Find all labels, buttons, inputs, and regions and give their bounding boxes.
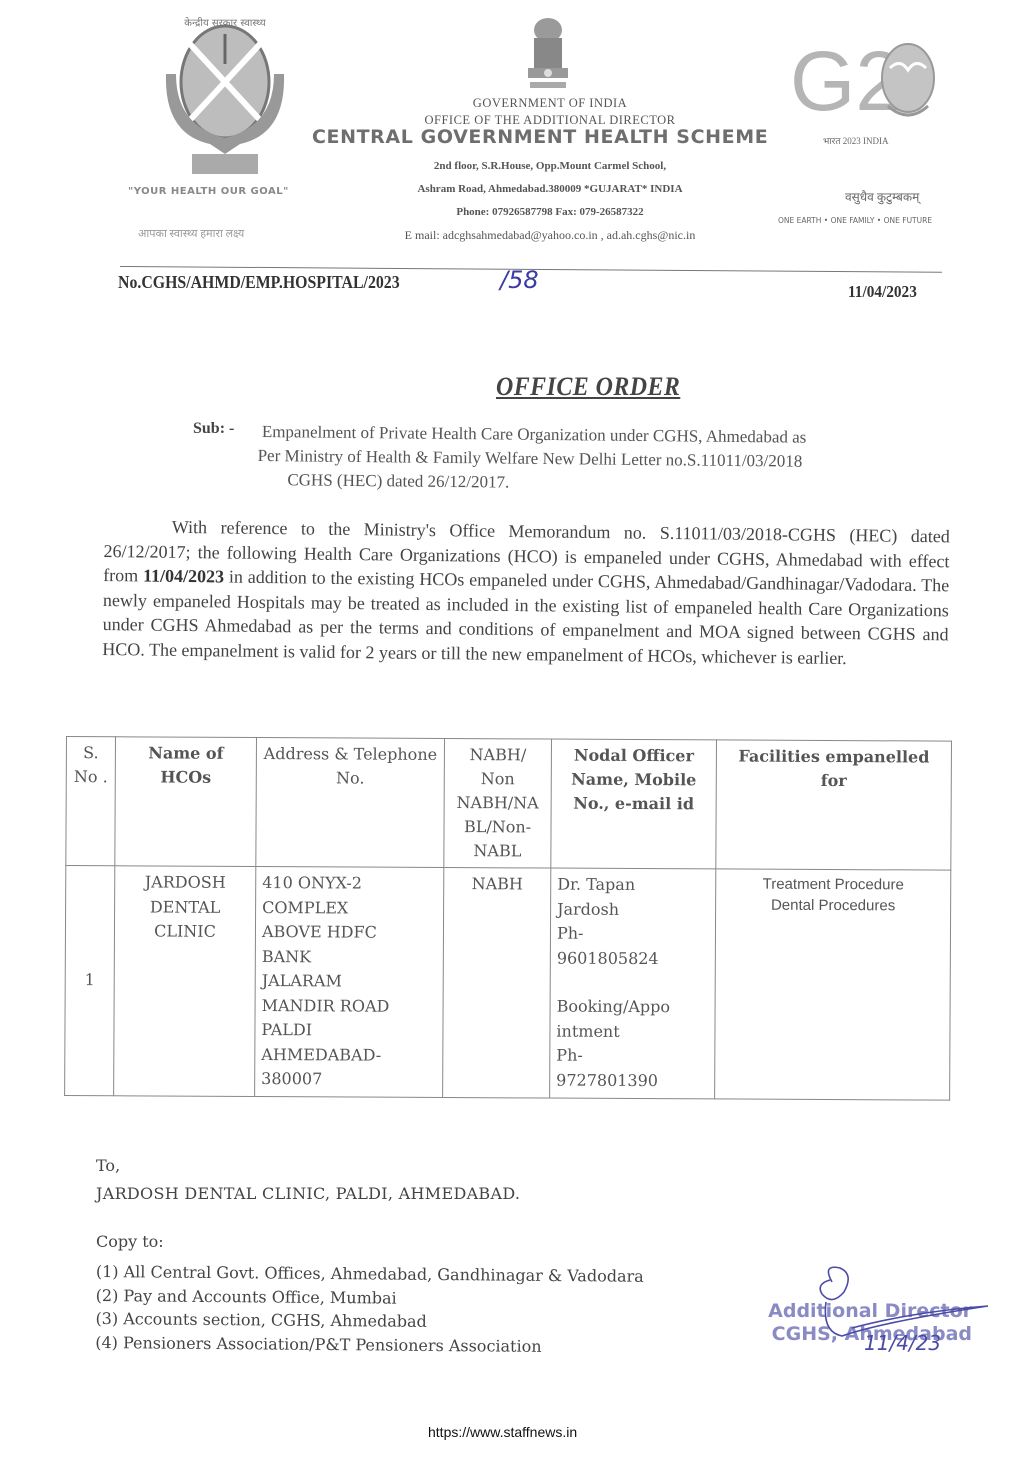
cell-sno: 1 (65, 866, 115, 1096)
reference-number: No.CGHS/AHMD/EMP.HOSPITAL/2023 (118, 272, 400, 293)
cell-facilities: Treatment Procedure Dental Procedures (715, 869, 951, 1100)
signature-icon: 11/4/23 (792, 1262, 992, 1372)
table-row: 1 JARDOSH DENTAL CLINIC 410 ONYX-2 COMPL… (65, 866, 951, 1100)
subject-label: Sub: - (193, 420, 234, 438)
organization-title: CENTRAL GOVERNMENT HEALTH SCHEME (312, 126, 768, 148)
header-hco-name: Name of HCOs (115, 737, 257, 867)
signature-date: 11/4/23 (864, 1331, 941, 1355)
cghs-hindi-tagline: आपका स्वास्थ्य हमारा लक्ष्य (138, 226, 244, 241)
order-body-paragraph: With reference to the Ministry's Office … (102, 514, 950, 671)
address-line-2: Ashram Road, Ahmedabad.380009 *GUJARAT* … (300, 183, 800, 195)
g20-hindi-motto: वसुधैव कुटुम्बकम् (845, 188, 919, 205)
g20-logo-icon: G2 (790, 28, 940, 123)
g20-motto: ONE EARTH • ONE FAMILY • ONE FUTURE (778, 216, 932, 225)
body-text-part-2: in addition to the existing HCOs empanel… (102, 566, 949, 667)
empaneled-hco-table: S. No . Name of HCOs Address & Telephone… (64, 736, 952, 1100)
copy-to-label: Copy to: (96, 1232, 164, 1251)
copy-to-list: (1) All Central Govt. Offices, Ahmedabad… (95, 1260, 644, 1359)
addressee-name: JARDOSH DENTAL CLINIC, PALDI, AHMEDABAD. (96, 1184, 520, 1203)
cell-address: 410 ONYX-2 COMPLEX ABOVE HDFC BANK JALAR… (255, 866, 444, 1096)
cghs-tagline: "YOUR HEALTH OUR GOAL" (128, 186, 289, 197)
effective-date: 11/04/2023 (143, 565, 224, 586)
address-line-1: 2nd floor, S.R.House, Opp.Mount Carmel S… (300, 160, 800, 172)
svg-text:केन्द्रीय सरकार स्वास्थ्य: केन्द्रीय सरकार स्वास्थ्य (184, 17, 266, 29)
table-header-row: S. No . Name of HCOs Address & Telephone… (66, 737, 952, 871)
office-order-title: OFFICE ORDER (496, 372, 680, 402)
g20-subtitle: भारत 2023 INDIA (823, 134, 888, 147)
to-label: To, (96, 1156, 120, 1175)
cell-hco-name: JARDOSH DENTAL CLINIC (114, 866, 256, 1096)
government-heading: GOVERNMENT OF INDIA (300, 96, 800, 111)
cghs-logo-icon: केन्द्रीय सरकार स्वास्थ्य (150, 4, 300, 182)
order-date: 11/04/2023 (848, 282, 917, 302)
subject-text: Empanelment of Private Health Care Organ… (261, 420, 962, 499)
handwritten-reference-suffix: /58 (500, 266, 539, 294)
cell-accreditation: NABH (443, 867, 551, 1097)
footer-url[interactable]: https://www.staffnews.in (428, 1424, 577, 1440)
header-address: Address & Telephone No. (256, 737, 445, 867)
ashoka-emblem-icon (516, 16, 580, 94)
phone-fax: Phone: 07926587798 Fax: 079-26587322 (300, 206, 800, 218)
email-addresses: E mail: adcghsahmedabad@yahoo.co.in , ad… (300, 228, 800, 243)
list-item: (4) Pensioners Association/P&T Pensioner… (95, 1330, 643, 1358)
header-sno: S. No . (66, 737, 116, 866)
header-facilities: Facilities empanelled for (716, 740, 952, 870)
header-nodal-officer: Nodal Officer Name, Mobile No., e-mail i… (551, 739, 717, 869)
cell-nodal-officer: Dr. Tapan Jardosh Ph- 9601805824 Booking… (550, 868, 716, 1098)
header-accreditation: NABH/ Non NABH/NA BL/Non- NABL (444, 738, 552, 868)
